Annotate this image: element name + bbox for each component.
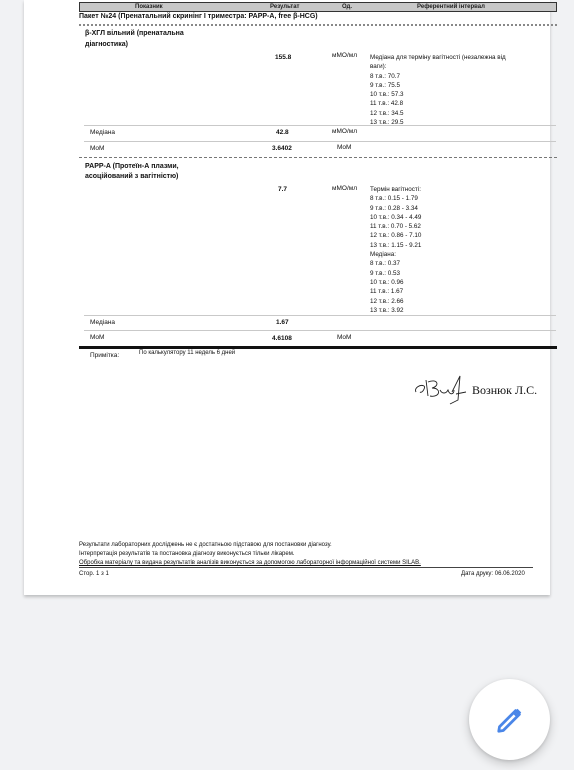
divider — [84, 141, 556, 142]
mom-label: MoM — [90, 333, 104, 342]
edit-button[interactable] — [469, 679, 550, 760]
disclaimer-line: Результати лабораторних досліджень не є … — [79, 541, 332, 550]
median-value: 42.8 — [276, 128, 289, 137]
header-result: Результат — [270, 3, 299, 11]
mom-value: 4.6108 — [272, 334, 292, 343]
divider — [79, 157, 557, 158]
test-name-cont: діагностика) — [85, 39, 128, 51]
signature-block: Вознюк Л.С. — [410, 364, 530, 414]
mom-unit: MoM — [337, 333, 351, 342]
divider — [79, 24, 557, 26]
header-unit: Од. — [342, 3, 352, 11]
test-unit: мМО/мл — [332, 184, 357, 193]
signature-icon — [412, 370, 472, 410]
table-header: Показник Результат Од. Референтний інтер… — [79, 2, 557, 12]
test-result: 155.8 — [275, 53, 291, 62]
median-label: Медіана — [90, 318, 115, 327]
reference-interval: Термін вагітності: 8 т.в.: 0.15 - 1.79 9… — [370, 185, 520, 315]
header-reference: Референтний інтервал — [417, 3, 485, 11]
test-result: 7.7 — [278, 185, 287, 194]
pencil-icon — [495, 705, 525, 735]
reference-interval: Медіана для терміну вагітності (незалежн… — [370, 53, 520, 127]
mom-label: MoM — [90, 144, 104, 153]
signatory-name: Вознюк Л.С. — [472, 383, 537, 398]
divider — [84, 315, 556, 316]
package-title: Пакет №24 (Пренатальний скринінг I триме… — [79, 12, 318, 22]
note-label: Примітка: — [90, 351, 119, 360]
mom-value: 3.6402 — [272, 144, 292, 153]
header-indicator: Показник — [135, 3, 163, 11]
median-unit: мМО/мл — [332, 127, 357, 136]
median-value: 1.67 — [276, 318, 289, 327]
document-page: Показник Результат Од. Референтний інтер… — [24, 0, 550, 595]
note-text: По калькулятору 11 недель 6 дней — [139, 349, 235, 358]
test-unit: мМО/мл — [332, 51, 357, 60]
test-name-cont: асоційований з вагітністю) — [85, 171, 178, 183]
page-number: Стор. 1 з 1 — [79, 570, 109, 579]
print-date: Дата друку: 06.06.2020 — [461, 570, 525, 579]
median-label: Медіана — [90, 128, 115, 137]
footer-rule — [79, 567, 533, 568]
mom-unit: MoM — [337, 143, 351, 152]
divider — [84, 330, 556, 331]
divider — [84, 125, 556, 126]
disclaimer-line: Інтерпретація результатів та постановка … — [79, 550, 295, 559]
